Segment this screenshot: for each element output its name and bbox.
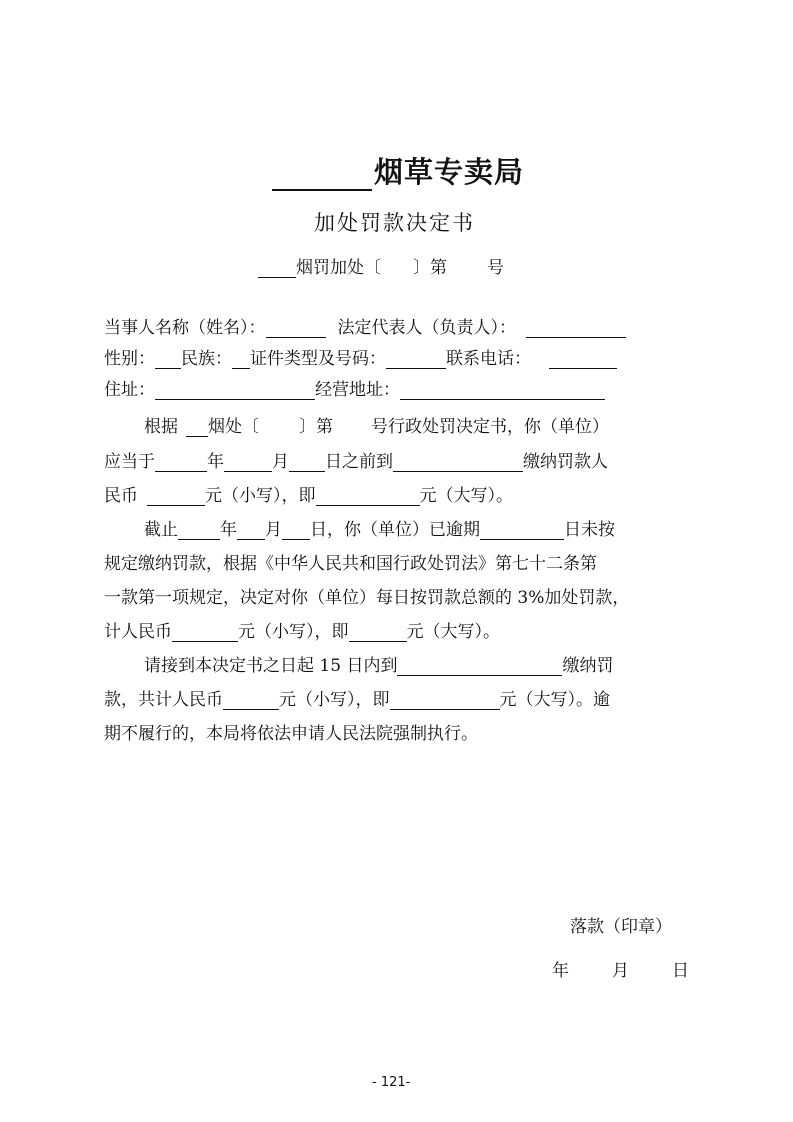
text: 元（小写），即: [205, 481, 316, 506]
agency-name-blank[interactable]: [272, 159, 372, 191]
text: 民币: [104, 481, 138, 506]
para1-line-2: 应当于 年 月 日之前到 缴纳罚款人: [104, 446, 692, 472]
fine-amount-large-field[interactable]: [316, 487, 420, 506]
id-field[interactable]: [386, 350, 446, 369]
overdue-days-field[interactable]: [480, 521, 564, 540]
as-of-year-field[interactable]: [178, 521, 220, 540]
para2-line-2: 规定缴纳罚款，根据《中华人民共和国行政处罚法》第七十二条第: [104, 548, 692, 574]
text: 元（大写）。逾: [500, 685, 611, 710]
prior-doc-prefix-field[interactable]: [186, 418, 208, 437]
business-address-field[interactable]: [400, 381, 605, 400]
text: 烟处〔: [208, 412, 259, 437]
text: 计人民币: [104, 617, 172, 642]
agency-title: 烟草专卖局: [272, 150, 524, 191]
text: 日，你（单位）已逾期: [310, 515, 480, 540]
total-small-field[interactable]: [223, 691, 279, 710]
phone-label: 联系电话：: [446, 344, 531, 369]
para2-line-1: 截止 年 月 日，你（单位）已逾期 日未按: [104, 514, 692, 540]
name-label: 当事人名称（姓名）：: [104, 313, 266, 338]
doc-number-text-1: 烟罚加处〔: [296, 253, 381, 278]
seal-label: 落款（印章）: [570, 912, 672, 937]
legal-rep-field[interactable]: [526, 319, 626, 338]
text: 缴纳罚款人: [523, 447, 608, 472]
text: 元（小写），即: [238, 617, 349, 642]
doc-number-text-2: 〕第: [413, 253, 447, 278]
text: 〕第: [299, 412, 333, 437]
text: 款，共计人民币: [104, 685, 223, 710]
text: 期不履行的，本局将依法申请人民法院强制执行。: [104, 719, 478, 744]
party-line-1: 当事人名称（姓名）： 法定代表人（负责人）：: [104, 312, 692, 338]
document-title: 加处罚款决定书: [314, 207, 475, 237]
party-line-2: 性别： 民族： 证件类型及号码： 联系电话：: [104, 343, 692, 369]
text: 应当于: [104, 447, 155, 472]
text: 缴纳罚: [562, 651, 613, 676]
text: 元（小写），即: [279, 685, 390, 710]
para3-line-2: 款，共计人民币 元（小写），即 元（大写）。逾: [104, 684, 692, 710]
document-number: 烟罚加处〔 〕第 号: [258, 253, 504, 278]
text: 一款第一项规定，决定对你（单位）每日按罚款总额的 3%加处罚款，: [104, 583, 629, 608]
id-label: 证件类型及号码：: [250, 344, 386, 369]
text: 元（大写）。: [420, 481, 514, 506]
text: 规定缴纳罚款，根据《中华人民共和国行政处罚法》第七十二条第: [104, 549, 597, 574]
name-field[interactable]: [266, 319, 326, 338]
text: 日未按: [564, 515, 615, 540]
date-month: 月: [612, 956, 629, 981]
surcharge-large-field[interactable]: [349, 623, 407, 642]
date-year: 年: [552, 956, 569, 981]
page-number: - 121-: [372, 1075, 410, 1090]
legal-rep-label: 法定代表人（负责人）：: [338, 313, 517, 338]
ethnicity-label: 民族：: [181, 344, 232, 369]
text: 月: [272, 447, 289, 472]
para3-line-1: 请接到本决定书之日起 15 日内到 缴纳罚: [104, 650, 692, 676]
phone-field[interactable]: [549, 350, 617, 369]
text: 年: [207, 447, 224, 472]
ethnicity-field[interactable]: [232, 350, 250, 369]
due-month-field[interactable]: [224, 453, 272, 472]
text: 元（大写）。: [407, 617, 501, 642]
doc-number-text-3: 号: [487, 253, 504, 278]
para2-line-4: 计人民币 元（小写），即 元（大写）。: [104, 616, 692, 642]
as-of-month-field[interactable]: [237, 521, 265, 540]
para3-line-3: 期不履行的，本局将依法申请人民法院强制执行。: [104, 718, 692, 744]
payment-location-field[interactable]: [397, 657, 562, 676]
text: 年: [220, 515, 237, 540]
address-label: 住址：: [104, 375, 155, 400]
payment-place-field[interactable]: [393, 453, 523, 472]
text: 截止: [144, 515, 178, 540]
surcharge-small-field[interactable]: [172, 623, 238, 642]
text: 根据: [144, 412, 178, 437]
text: 月: [265, 515, 282, 540]
due-year-field[interactable]: [155, 453, 207, 472]
para2-line-3: 一款第一项规定，决定对你（单位）每日按罚款总额的 3%加处罚款，: [104, 582, 692, 608]
fine-amount-small-field[interactable]: [147, 487, 205, 506]
agency-suffix: 烟草专卖局: [374, 150, 524, 191]
gender-label: 性别：: [104, 344, 155, 369]
business-address-label: 经营地址：: [315, 375, 400, 400]
party-line-3: 住址： 经营地址：: [104, 374, 692, 400]
address-field[interactable]: [155, 381, 315, 400]
total-large-field[interactable]: [390, 691, 500, 710]
date-day: 日: [672, 956, 689, 981]
gender-field[interactable]: [155, 350, 181, 369]
text: 号行政处罚决定书，你（单位）: [371, 412, 609, 437]
as-of-day-field[interactable]: [282, 521, 310, 540]
text: 请接到本决定书之日起 15 日内到: [144, 651, 397, 676]
doc-prefix-blank[interactable]: [258, 259, 296, 278]
para1-line-3: 民币 元（小写），即 元（大写）。: [104, 480, 692, 506]
para1-line-1: 根据 烟处〔 〕第 号行政处罚决定书，你（单位）: [104, 411, 692, 437]
due-day-field[interactable]: [289, 453, 325, 472]
text: 日之前到: [325, 447, 393, 472]
